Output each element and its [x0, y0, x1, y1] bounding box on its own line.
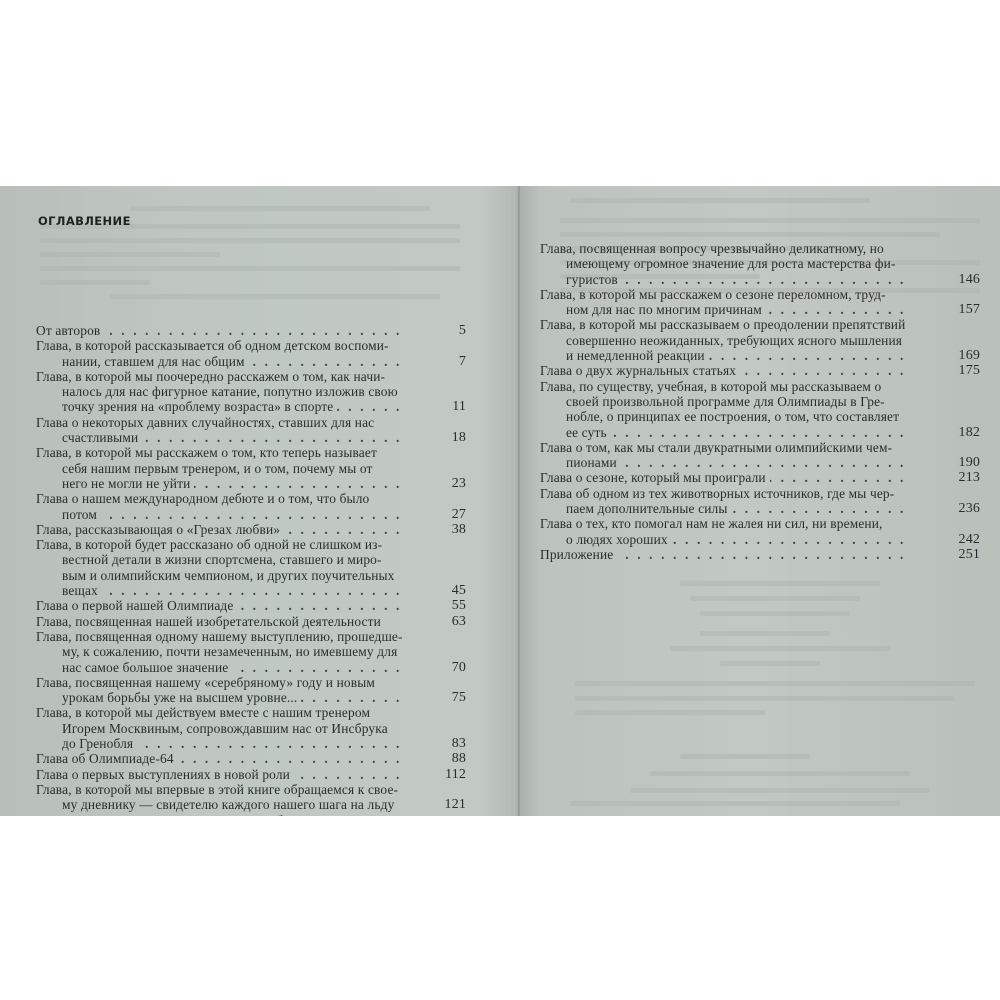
toc-entry: Глава, посвященная нашему «серебряному» … — [36, 675, 466, 706]
toc-page-number: 18 — [422, 430, 466, 445]
toc-entry-line: своей произвольной программе для Олимпиа… — [540, 394, 912, 409]
toc-entry-line: вестной детали в жизни спортсмена, ставш… — [36, 552, 408, 567]
toc-entry-line: него не могли не уйти...................… — [36, 476, 408, 491]
toc-entry-line: ном для нас по многим причинам..........… — [540, 302, 912, 317]
toc-entry-line: Глава, в которой мы расскажем о сезоне п… — [540, 287, 912, 302]
dot-leader: ........................................… — [101, 507, 408, 522]
toc-entry-line: Глава о тех, кто помогал нам не жалея ни… — [540, 516, 912, 531]
toc-entry: Глава о двух журнальных статьях.........… — [540, 363, 960, 378]
toc-entry-line: Глава, в которой мы расскажем о том, кто… — [36, 445, 408, 460]
toc-entry-line: Глава об Олимпиаде-64...................… — [36, 751, 408, 766]
dot-leader: ........................................… — [622, 272, 912, 287]
toc-entry-line: Глава, в которой мы рассказываем о преод… — [540, 317, 912, 332]
dot-leader: ........................................… — [294, 767, 408, 782]
toc-entry-line: ее суть.................................… — [540, 425, 912, 440]
toc-entry: Глава, в которой мы поочередно расскажем… — [36, 369, 466, 415]
toc-entry-line: Игорем Москвиным, сопровождавшим нас от … — [36, 721, 408, 736]
toc-page-number: 88 — [422, 751, 466, 766]
toc-entry-line: Глава, в которой будет рассказано об одн… — [36, 537, 408, 552]
toc-entry-line: Глава, посвященная нашему «серебряному» … — [36, 675, 408, 690]
toc-page-number: 70 — [422, 660, 466, 675]
dot-leader: ........................................… — [102, 583, 408, 598]
toc-entry-line: Глава, которую мы начинаем рассказом об … — [36, 813, 408, 817]
toc-entry-line: Глава, в которой рассказывается об одном… — [36, 338, 408, 353]
toc-entry: Глава об Олимпиаде-64...................… — [36, 751, 466, 766]
book-spread: ОГЛАВЛЕНИЕ От авторов...................… — [0, 186, 1000, 816]
toc-entry: Приложение..............................… — [540, 547, 960, 562]
toc-entry-line: Глава, по существу, учебная, в которой м… — [540, 379, 912, 394]
toc-entry: Глава, посвященная вопросу чрезвычайно д… — [540, 241, 960, 287]
toc-entry: Глава о тех, кто помогал нам не жалея ни… — [540, 516, 960, 547]
toc-page-number: 157 — [936, 302, 980, 317]
toc-page-number: 83 — [422, 736, 466, 751]
toc-entry-line: Глава о первой нашей Олимпиаде..........… — [36, 598, 408, 613]
toc-entry-line: Глава о некоторых давних случайностях, с… — [36, 415, 408, 430]
dot-leader: ........................................… — [249, 354, 408, 369]
toc-entry-line: Глава, рассказывающая о «Грезах любви»..… — [36, 522, 408, 537]
toc-entry-line: до Гренобля.............................… — [36, 736, 408, 751]
toc-entry-line: вым и олимпийским чемпионом, и других по… — [36, 568, 408, 583]
toc-entry-line: себя нашим первым тренером, и о том, поч… — [36, 461, 408, 476]
dot-leader: ........................................… — [301, 690, 408, 705]
toc-heading: ОГЛАВЛЕНИЕ — [38, 214, 131, 228]
toc-entry: Глава об одном из тех животворных источн… — [540, 486, 960, 517]
toc-entry: Глава о некоторых давних случайностях, с… — [36, 415, 466, 446]
toc-page-number: 190 — [936, 455, 980, 470]
dot-leader: ........................................… — [732, 501, 912, 516]
toc-page-number: 251 — [936, 547, 980, 562]
toc-entry: Глава о нашем международном дебюте и о т… — [36, 491, 466, 522]
toc-entry-line: и немедленной реакции...................… — [540, 348, 912, 363]
toc-entry-line: о людях хороших.........................… — [540, 532, 912, 547]
toc-list-right: Глава, посвященная вопросу чрезвычайно д… — [540, 241, 960, 562]
toc-entry: Глава, в которой рассказывается об одном… — [36, 338, 466, 369]
dot-leader: ........................................… — [142, 430, 408, 445]
toc-entry-line: Глава, в которой мы впервые в этой книге… — [36, 782, 408, 797]
dot-leader: ........................................… — [617, 547, 912, 562]
dot-leader: ........................................… — [770, 470, 912, 485]
toc-entry: Глава, рассказывающая о «Грезах любви»..… — [36, 522, 466, 537]
toc-page-number: 169 — [936, 348, 980, 363]
toc-entry-line: точку зрения на «проблему возраста» в сп… — [36, 399, 408, 414]
toc-entry-line: Глава о нашем международном дебюте и о т… — [36, 491, 408, 506]
toc-entry-line: Глава, в которой мы действуем вместе с н… — [36, 705, 408, 720]
toc-entry: Глава о сезоне, который мы проиграли....… — [540, 470, 960, 485]
toc-page-number: 236 — [936, 501, 980, 516]
toc-entry: Глава, которую мы начинаем рассказом об … — [36, 813, 466, 817]
toc-page-number: 121 — [422, 797, 466, 812]
toc-page-number: 27 — [422, 507, 466, 522]
toc-entry-line: пионами.................................… — [540, 455, 912, 470]
toc-page-number: 38 — [422, 522, 466, 537]
toc-entry-line: Глава, посвященная нашей изобретательско… — [36, 614, 408, 629]
toc-entry: Глава, в которой мы расскажем о сезоне п… — [540, 287, 960, 318]
toc-entry: Глава, посвященная нашей изобретательско… — [36, 614, 466, 629]
toc-entry: Глава, в которой мы рассказываем о преод… — [540, 317, 960, 363]
right-page: Глава, посвященная вопросу чрезвычайно д… — [520, 186, 1000, 816]
toc-page-number: 11 — [422, 399, 466, 414]
dot-leader: ........................................… — [740, 363, 912, 378]
toc-page-number: 242 — [936, 532, 980, 547]
dot-leader: ........................................… — [621, 455, 912, 470]
toc-entry: Глава, в которой мы действуем вместе с н… — [36, 705, 466, 751]
dot-leader: ........................................… — [104, 323, 408, 338]
dot-leader: ........................................… — [337, 399, 408, 414]
toc-page-number: 146 — [936, 272, 980, 287]
toc-entry: Глава о первых выступлениях в новой роли… — [36, 767, 466, 782]
dot-leader: ........................................… — [232, 660, 408, 675]
toc-entry-line: паем дополнительные силы................… — [540, 501, 912, 516]
toc-entry-line: вещах...................................… — [36, 583, 408, 598]
toc-entry: Глава о том, как мы стали двукратными ол… — [540, 440, 960, 471]
toc-page-number: 5 — [422, 323, 466, 338]
toc-entry-line: Глава, посвященная вопросу чрезвычайно д… — [540, 241, 912, 256]
toc-page-number: 23 — [422, 476, 466, 491]
toc-entry-line: счастливыми.............................… — [36, 430, 408, 445]
toc-entry-line: Глава о двух журнальных статьях.........… — [540, 363, 912, 378]
toc-entry-line: совершенно неожиданных, требующих ясного… — [540, 333, 912, 348]
toc-entry-line: урокам борьбы уже на высшем уровне......… — [36, 690, 408, 705]
toc-entry: Глава, в которой будет рассказано об одн… — [36, 537, 466, 598]
toc-entry-line: нании, ставшем для нас общим............… — [36, 354, 408, 369]
dot-leader: ........................................… — [238, 598, 409, 613]
toc-page-number: 55 — [422, 598, 466, 613]
dot-leader: ........................................… — [137, 736, 408, 751]
toc-entry-line: Глава о том, как мы стали двукратными ол… — [540, 440, 912, 455]
toc-entry-line: нас самое большое значение..............… — [36, 660, 408, 675]
toc-entry-line: гуристов................................… — [540, 272, 912, 287]
toc-entry: Глава о первой нашей Олимпиаде..........… — [36, 598, 466, 613]
dot-leader: ........................................… — [672, 532, 912, 547]
toc-entry-line: налось для нас фигурное катание, попутно… — [36, 384, 408, 399]
toc-entry-line: Глава, посвященная одному нашему выступл… — [36, 629, 408, 644]
toc-page-number: 112 — [422, 767, 466, 782]
toc-page-number: 45 — [422, 583, 466, 598]
dot-leader: ........................................… — [611, 425, 912, 440]
toc-entry-line: Глава о первых выступлениях в новой роли… — [36, 767, 408, 782]
dot-leader: ........................................… — [709, 348, 912, 363]
toc-entry: Глава, посвященная одному нашему выступл… — [36, 629, 466, 675]
toc-page-number: 175 — [936, 363, 980, 378]
toc-entry-line: имеющему огромное значение для роста мас… — [540, 256, 912, 271]
dot-leader: ........................................… — [766, 302, 912, 317]
toc-entry-line: Глава, в которой мы поочередно расскажем… — [36, 369, 408, 384]
toc-entry-line: От авторов..............................… — [36, 323, 408, 338]
dot-leader: ........................................… — [284, 522, 408, 537]
toc-page-number: 63 — [422, 614, 466, 629]
toc-entry: От авторов..............................… — [36, 323, 466, 338]
toc-entry: Глава, по существу, учебная, в которой м… — [540, 379, 960, 440]
toc-entry-line: потом...................................… — [36, 507, 408, 522]
toc-entry-line: Глава о сезоне, который мы проиграли....… — [540, 470, 912, 485]
toc-entry-line: Глава об одном из тех животворных источн… — [540, 486, 912, 501]
toc-list-left: От авторов..............................… — [36, 323, 466, 816]
toc-page-number: 213 — [936, 470, 980, 485]
left-page: ОГЛАВЛЕНИЕ От авторов...................… — [0, 186, 518, 816]
toc-page-number: 75 — [422, 690, 466, 705]
dot-leader: ........................................… — [178, 751, 408, 766]
toc-entry-line: нобле, о принципах ее построения, о том,… — [540, 409, 912, 424]
toc-entry-line: му, к сожалению, почти незамеченным, но … — [36, 644, 408, 659]
toc-entry-line: Приложение..............................… — [540, 547, 912, 562]
toc-entry-line: му дневнику — свидетелю каждого нашего ш… — [36, 797, 408, 812]
dot-leader: ........................................… — [194, 476, 408, 491]
toc-entry: Глава, в которой мы расскажем о том, кто… — [36, 445, 466, 491]
toc-entry: Глава, в которой мы впервые в этой книге… — [36, 782, 466, 813]
toc-page-number: 182 — [936, 425, 980, 440]
toc-page-number: 7 — [422, 354, 466, 369]
